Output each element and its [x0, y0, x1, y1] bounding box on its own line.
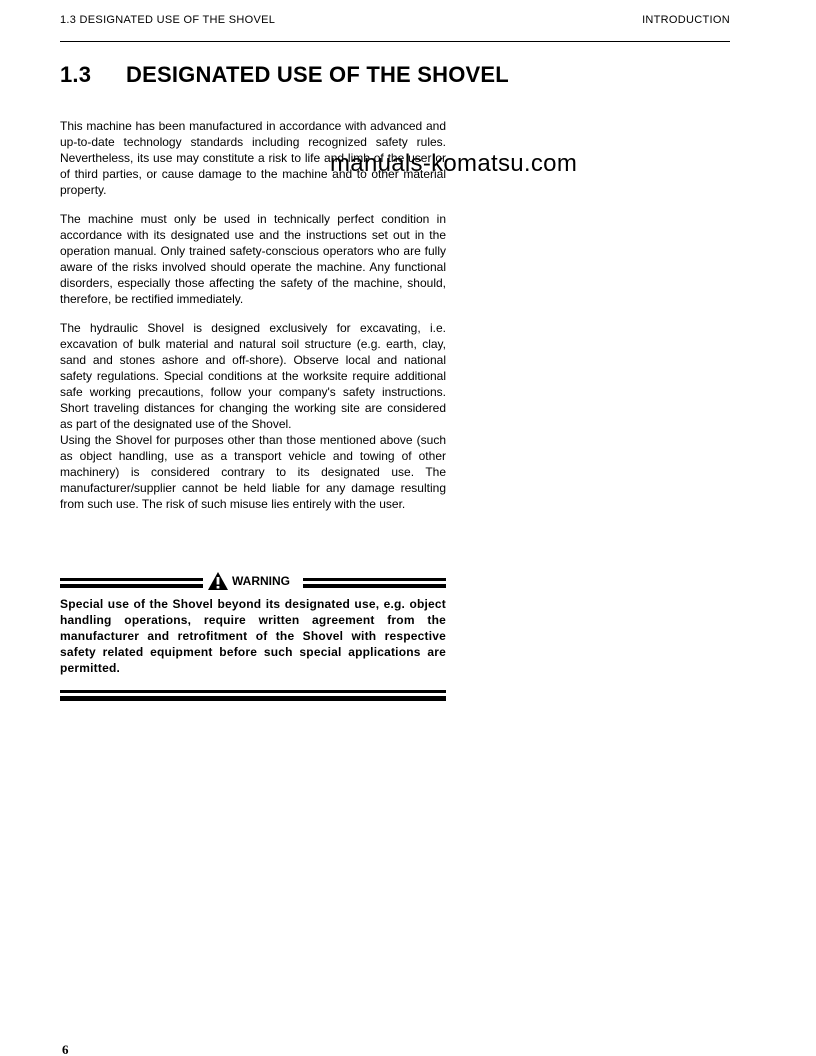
- body-text: This machine has been manufactured in ac…: [60, 118, 446, 525]
- page-number: 6: [62, 1042, 69, 1056]
- warning-header: WARNING: [60, 571, 446, 591]
- section-title: 1.3DESIGNATED USE OF THE SHOVEL: [60, 62, 509, 88]
- paragraph-3: The hydraulic Shovel is designed exclusi…: [60, 320, 446, 432]
- warning-text: Special use of the Shovel beyond its des…: [60, 596, 446, 676]
- warning-box: WARNING Special use of the Shovel beyond…: [60, 571, 446, 701]
- paragraph-4: Using the Shovel for purposes other than…: [60, 432, 446, 512]
- running-header-chapter: INTRODUCTION: [642, 14, 730, 26]
- warning-bars-right: [303, 578, 446, 588]
- warning-bars-left: [60, 578, 203, 588]
- warning-triangle-icon: [208, 572, 228, 590]
- running-header-section: 1.3 DESIGNATED USE OF THE SHOVEL: [60, 14, 275, 26]
- header-divider: [60, 41, 730, 42]
- watermark: manuals-komatsu.com: [330, 150, 577, 178]
- section-number: 1.3: [60, 62, 126, 88]
- running-header: 1.3 DESIGNATED USE OF THE SHOVEL INTRODU…: [60, 14, 730, 30]
- paragraph-2: The machine must only be used in technic…: [60, 211, 446, 307]
- warning-label-text: WARNING: [232, 574, 290, 588]
- warning-label: WARNING: [208, 572, 290, 590]
- warning-footer-bars: [60, 690, 446, 701]
- section-title-text: DESIGNATED USE OF THE SHOVEL: [126, 62, 509, 87]
